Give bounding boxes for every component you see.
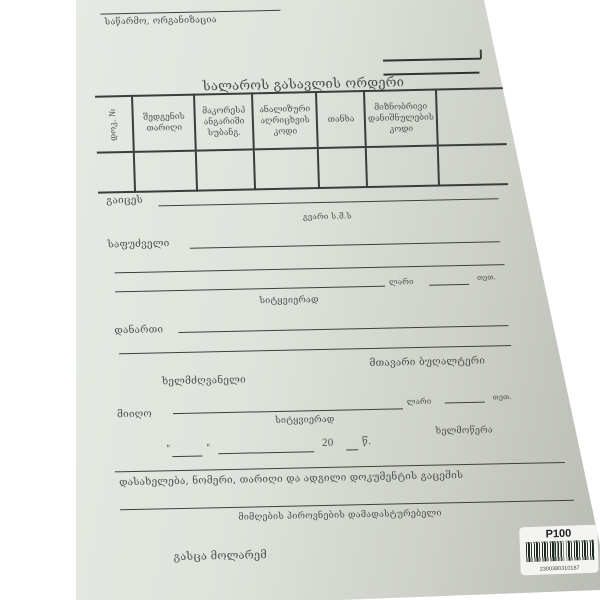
received-in-words-caption: სიტყვიერად [275, 415, 335, 426]
basis-line-1[interactable] [190, 241, 500, 249]
date-day-line[interactable] [172, 456, 202, 458]
form-sheet: საწარმო, ორგანიზაცია სალაროს გასავლის ორ… [0, 0, 600, 600]
date-open-quote: " [166, 444, 171, 454]
date-year-line[interactable] [346, 449, 358, 451]
column-corresponding-account: მაკორესპ ანგარიში სუბანგ. [194, 93, 254, 150]
head-label: ხელმძღვანელი [162, 375, 246, 388]
issue-to-line[interactable] [158, 198, 498, 206]
signature-label: ხელმოწერა [436, 425, 494, 436]
column-analytical-code: ანალიზური აღრიცხვის კოდი [252, 92, 318, 149]
attachment-label: დანართი [114, 324, 163, 336]
attachment-line-1[interactable] [178, 325, 508, 333]
basis-line-2[interactable] [115, 264, 505, 273]
cell-doc-number[interactable] [97, 152, 135, 193]
organization-line [100, 10, 280, 15]
amount-words-line[interactable] [115, 286, 385, 293]
date-year-suffix: წ. [362, 436, 372, 447]
amount-lari-label: ლარი [389, 277, 414, 287]
date-close-quote: " [206, 443, 211, 453]
cell-analytical-code[interactable] [254, 148, 319, 189]
issue-to-caption: გვარი ს.მ.ს [303, 211, 352, 221]
barcode-sticker: P100 2300380310187 [519, 525, 599, 576]
date-month-line[interactable] [218, 451, 314, 454]
received-line[interactable] [173, 408, 403, 414]
column-purpose-code: მიზნობრივი დანიშნულების კოდი [364, 90, 438, 147]
cell-blank[interactable] [438, 144, 508, 185]
cell-amount[interactable] [318, 147, 367, 188]
form-content: საწარმო, ორგანიზაცია სალაროს გასავლის ორ… [0, 0, 600, 600]
table-row [97, 144, 508, 193]
document-details-caption: დასახელება, ნომერი, თარიღი და ადგილი დოკ… [119, 470, 463, 488]
recipient-id-caption: მიმღების პიროვნების დამადასტურებელი [238, 509, 442, 523]
column-blank [436, 88, 507, 145]
received-label: მიიღო [117, 409, 152, 421]
issued-by-cashier-label: გასცა მოლარემ [173, 548, 267, 563]
received-tetri-label: თეთ. [493, 393, 512, 401]
cell-corresponding-account[interactable] [196, 149, 255, 190]
order-number-tick [480, 50, 482, 59]
issue-to-label: გაიცეს [106, 195, 143, 207]
recipient-id-line[interactable] [120, 500, 574, 511]
barcode-number: 2300380310187 [521, 565, 599, 574]
column-amount: თანხა [316, 91, 366, 148]
received-tetri-line[interactable] [445, 402, 485, 404]
cell-compile-date[interactable] [134, 151, 197, 192]
in-words-caption: სიტყვიერად [259, 295, 319, 306]
basis-label: საფუძველი [108, 238, 170, 250]
organization-caption: საწარმო, ორგანიზაცია [105, 15, 217, 27]
attachment-line-2[interactable] [119, 345, 511, 355]
order-table: დოკ. № შედგენის თარიღი მაკორესპ ანგარიში… [95, 87, 508, 194]
date-year-prefix: 20 [322, 437, 334, 449]
column-doc-number: დოკ. № [95, 96, 134, 153]
order-number-line [383, 58, 481, 62]
column-compile-date: შედგენის თარიღი [132, 95, 196, 152]
amount-tetri-line[interactable] [429, 284, 469, 286]
amount-tetri-label: თეთ. [477, 273, 496, 281]
chief-accountant-label: მთავარი ბუღალტერი [369, 356, 485, 369]
document-details-line[interactable] [115, 462, 565, 473]
cell-purpose-code[interactable] [366, 146, 439, 187]
barcode-icon [526, 540, 595, 562]
received-lari-label: ლარი [407, 397, 432, 407]
table-header-row: დოკ. № შედგენის თარიღი მაკორესპ ანგარიში… [95, 88, 507, 153]
